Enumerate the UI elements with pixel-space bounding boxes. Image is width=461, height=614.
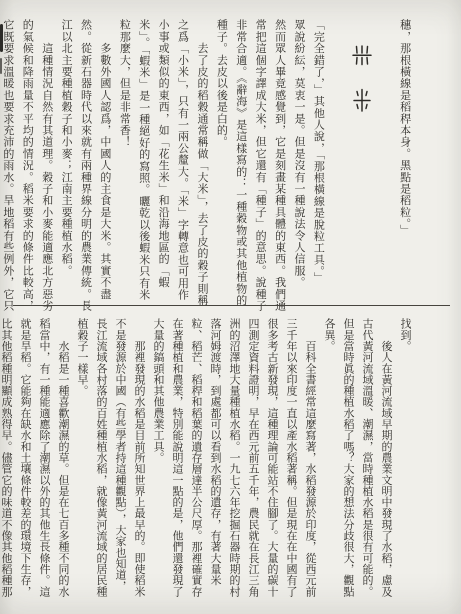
section-divider-line xyxy=(13,305,450,306)
top-text-register: 穗，那根橫線是稻稈本身。黑點是稻粒。」 「完全錯了，」其他人說，「那根橫線是脫粒… xyxy=(0,19,434,314)
oracle-script-mi-icon xyxy=(351,43,373,67)
paragraph-columns-main: 「完全錯了，」其他人說，「那根橫線是脫粒工具。」 眾說紛紜，莫衷一是。但是沒有一… xyxy=(0,19,328,314)
paragraph-column-right: 穗，那根橫線是稻稈本身。黑點是稻粒。」 xyxy=(395,19,414,314)
book-page-scan: 穗，那根橫線是稻稈本身。黑點是稻粒。」 「完全錯了，」其他人說，「那根橫線是脫粒… xyxy=(0,0,461,614)
bronze-script-mi-icon xyxy=(352,86,372,114)
bottom-text-register: 找到。 後人在黃河流域早期的農業文明中發現了水稻，慮及 古代黃河流域溫暖、潮濕，… xyxy=(0,318,434,600)
paragraph-columns-bottom: 找到。 後人在黃河流域早期的農業文明中發現了水稻，慮及 古代黃河流域溫暖、潮濕，… xyxy=(0,318,415,600)
chapter-title-glyph-column xyxy=(351,19,373,314)
